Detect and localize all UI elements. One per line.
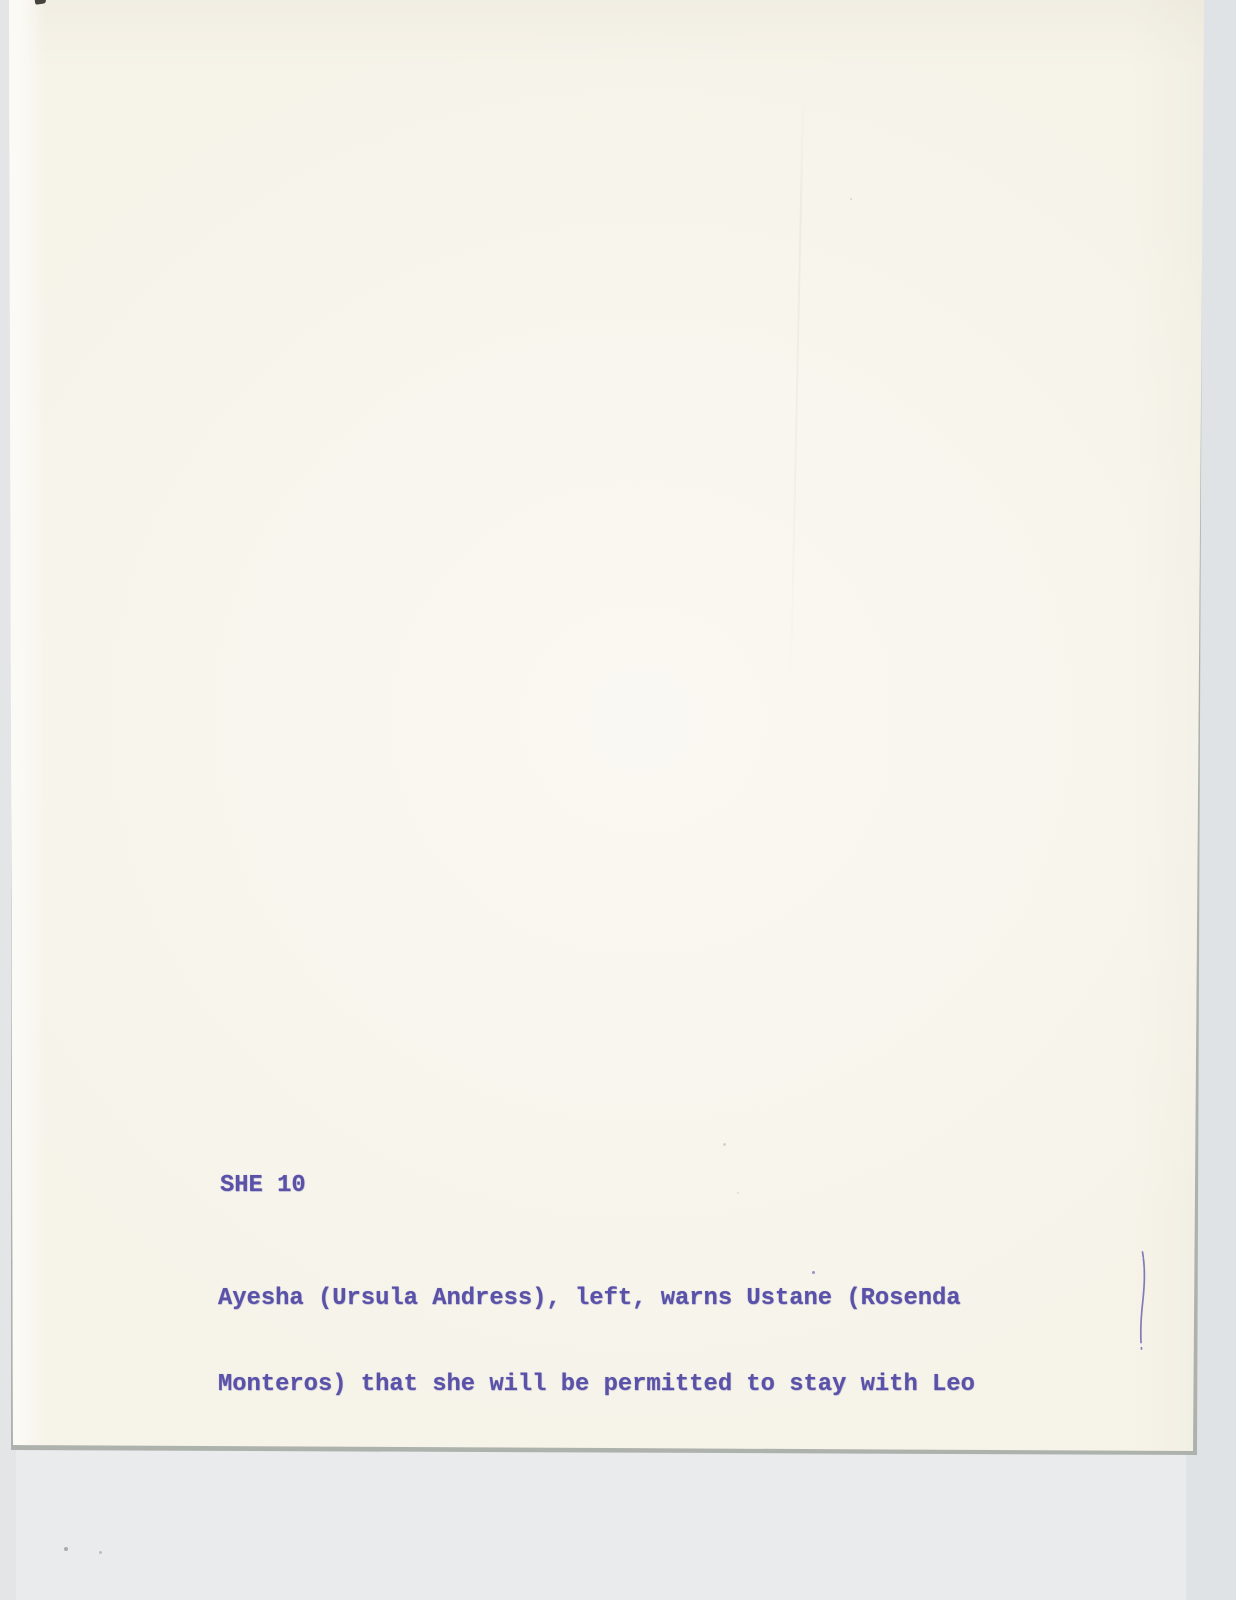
backdrop-speck	[99, 1551, 102, 1554]
caption-line-2: Monteros) that she will be permitted to …	[218, 1371, 975, 1400]
paper-crease	[790, 85, 805, 695]
reference-code: SHE 10	[220, 1172, 306, 1201]
paper-speck	[737, 1192, 739, 1194]
caption-line-3: only until he is well again.	[218, 1457, 975, 1486]
pen-mark	[1130, 1248, 1154, 1354]
paper-speck	[850, 198, 852, 200]
paper-speck	[723, 1143, 726, 1146]
scanned-photo-back: SHE 10 Ayesha (Ursula Andress), left, wa…	[0, 0, 1236, 1600]
corner-smudge-mark	[35, 0, 47, 5]
photo-back-paper: SHE 10 Ayesha (Ursula Andress), left, wa…	[0, 0, 1236, 1600]
caption-line-1: Ayesha (Ursula Andress), left, warns Ust…	[218, 1285, 975, 1314]
caption-text: Ayesha (Ursula Andress), left, warns Ust…	[218, 1228, 975, 1543]
stray-ink-dot	[812, 1271, 815, 1274]
backdrop-speck	[64, 1547, 68, 1551]
